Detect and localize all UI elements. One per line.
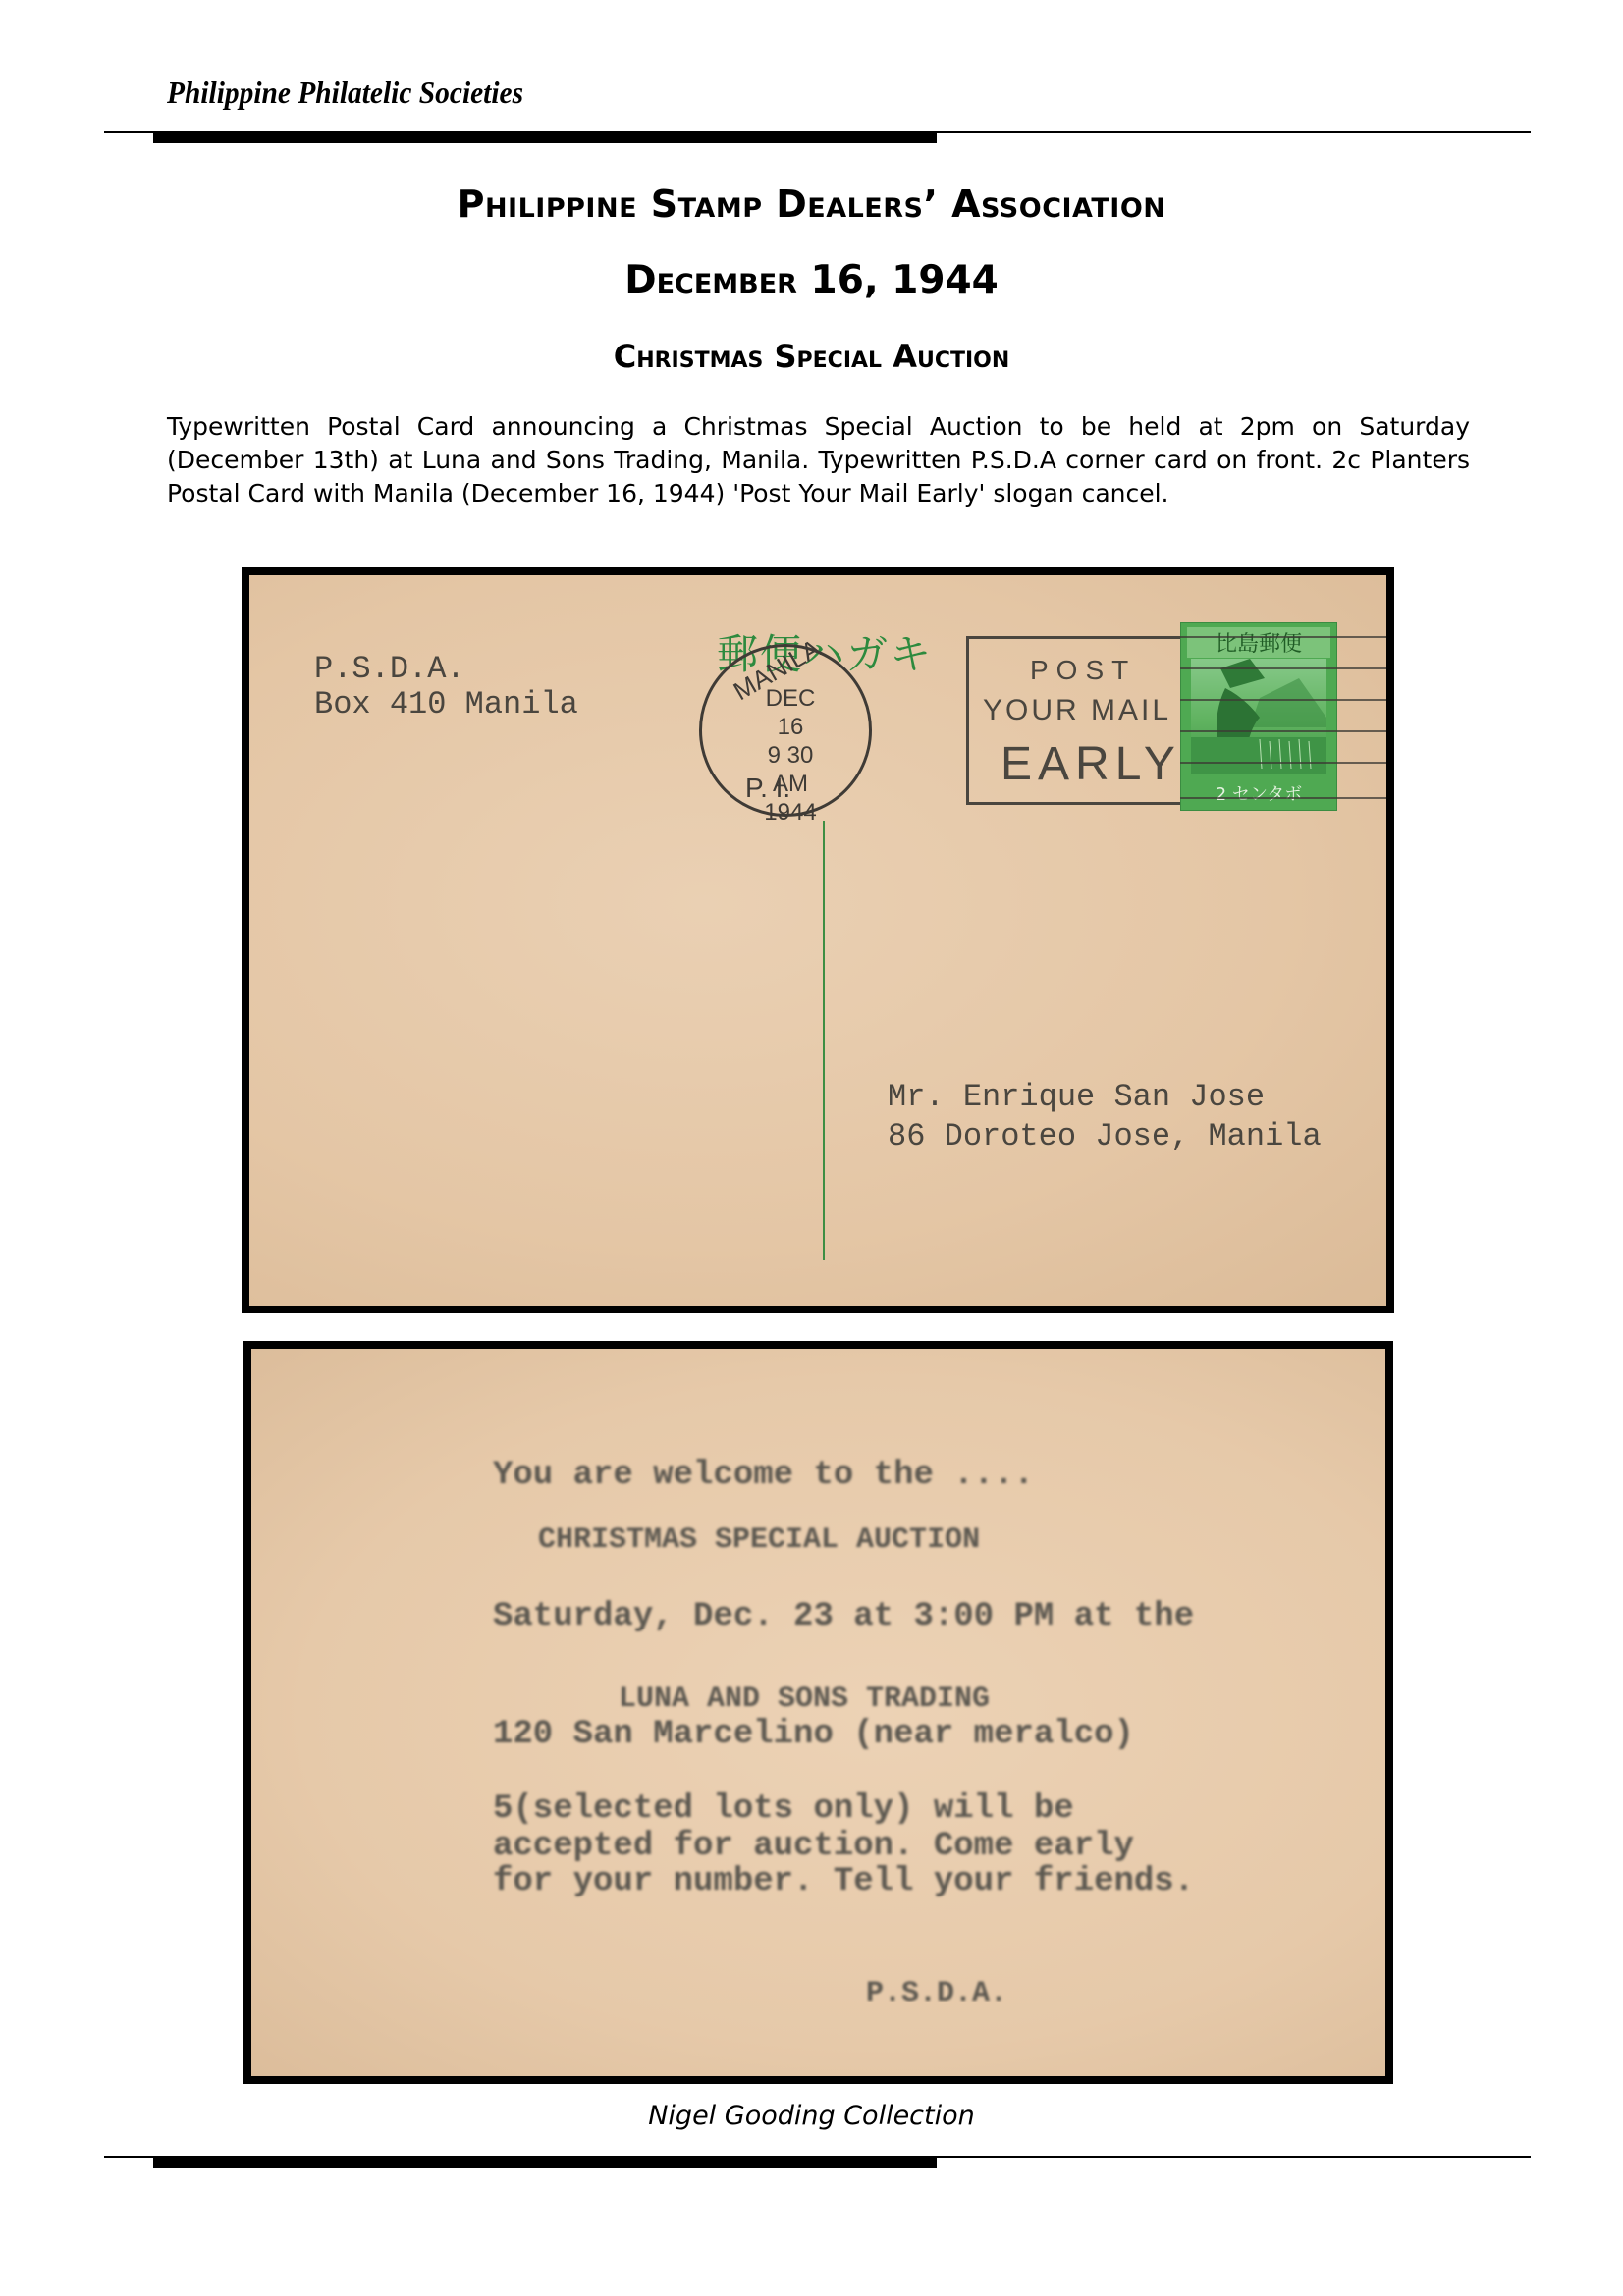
- sender-line-2: Box 410 Manila: [314, 686, 578, 722]
- cancel-line: [1180, 667, 1390, 669]
- postmark-date: DEC 16: [751, 684, 830, 741]
- cancel-line: [1180, 797, 1390, 799]
- page-subtitle: Christmas Special Auction: [0, 338, 1623, 375]
- stamp-top-text: 比島郵便: [1187, 627, 1330, 658]
- back-text-line: CHRISTMAS SPECIAL AUCTION: [538, 1522, 980, 1559]
- publication-header: Philippine Philatelic Societies: [167, 75, 523, 111]
- postal-card-back-image: You are welcome to the .... CHRISTMAS SP…: [243, 1341, 1393, 2084]
- footer-rule-thick: [153, 2158, 937, 2168]
- back-text-line: 5(selected lots only) will be: [493, 1790, 1074, 1828]
- postmark-datetime: DEC 16 9 30 AM 1944: [751, 684, 830, 827]
- header-rule-thick: [153, 133, 937, 143]
- slogan-cancel: POST YOUR MAIL EARLY: [966, 636, 1193, 805]
- back-text-line: Saturday, Dec. 23 at 3:00 PM at the: [493, 1598, 1194, 1635]
- slogan-line-3: EARLY: [1001, 737, 1181, 791]
- sender-corner-card: P.S.D.A. Box 410 Manila: [314, 652, 578, 722]
- slogan-line-1: POST: [1030, 655, 1136, 686]
- planters-stamp-imprint: 比島郵便 2 センタボ: [1180, 622, 1337, 811]
- back-text-line: accepted for auction. Come early: [493, 1828, 1134, 1865]
- addressee-line-2: 86 Doroteo Jose, Manila: [888, 1118, 1322, 1154]
- item-description: Typewritten Postal Card announcing a Chr…: [167, 410, 1470, 510]
- back-text-line: LUNA AND SONS TRADING: [619, 1681, 990, 1718]
- addressee-block: Mr. Enrique San Jose 86 Doroteo Jose, Ma…: [888, 1078, 1322, 1156]
- manila-postmark: MANILA DEC 16 9 30 AM 1944 P. I.: [699, 644, 872, 817]
- back-text-line: for your number. Tell your friends.: [493, 1863, 1194, 1900]
- slogan-line-2: YOUR MAIL: [983, 694, 1171, 727]
- page-date: December 16, 1944: [0, 258, 1623, 302]
- back-text-line: You are welcome to the ....: [493, 1457, 1034, 1494]
- cancel-line: [1180, 762, 1390, 764]
- cancel-line: [1180, 730, 1390, 732]
- collection-caption: Nigel Gooding Collection: [0, 2101, 1623, 2131]
- back-text-line: 120 San Marcelino (near meralco): [493, 1716, 1134, 1753]
- back-signature: P.S.D.A.: [866, 1975, 1007, 2012]
- cancel-line: [1180, 699, 1390, 701]
- card-divider-line: [823, 821, 825, 1260]
- postal-card-front-image: P.S.D.A. Box 410 Manila 郵便ハガキ MANILA DEC…: [242, 567, 1394, 1313]
- addressee-line-1: Mr. Enrique San Jose: [888, 1079, 1265, 1115]
- sender-line-1: P.S.D.A.: [314, 651, 465, 687]
- stamp-value-text: 2 センタボ: [1187, 780, 1330, 806]
- postmark-country: P. I.: [745, 773, 790, 804]
- cancel-line: [1180, 636, 1390, 638]
- planter-scene-icon: [1191, 659, 1326, 774]
- page-title: Philippine Stamp Dealers’ Association: [0, 183, 1623, 226]
